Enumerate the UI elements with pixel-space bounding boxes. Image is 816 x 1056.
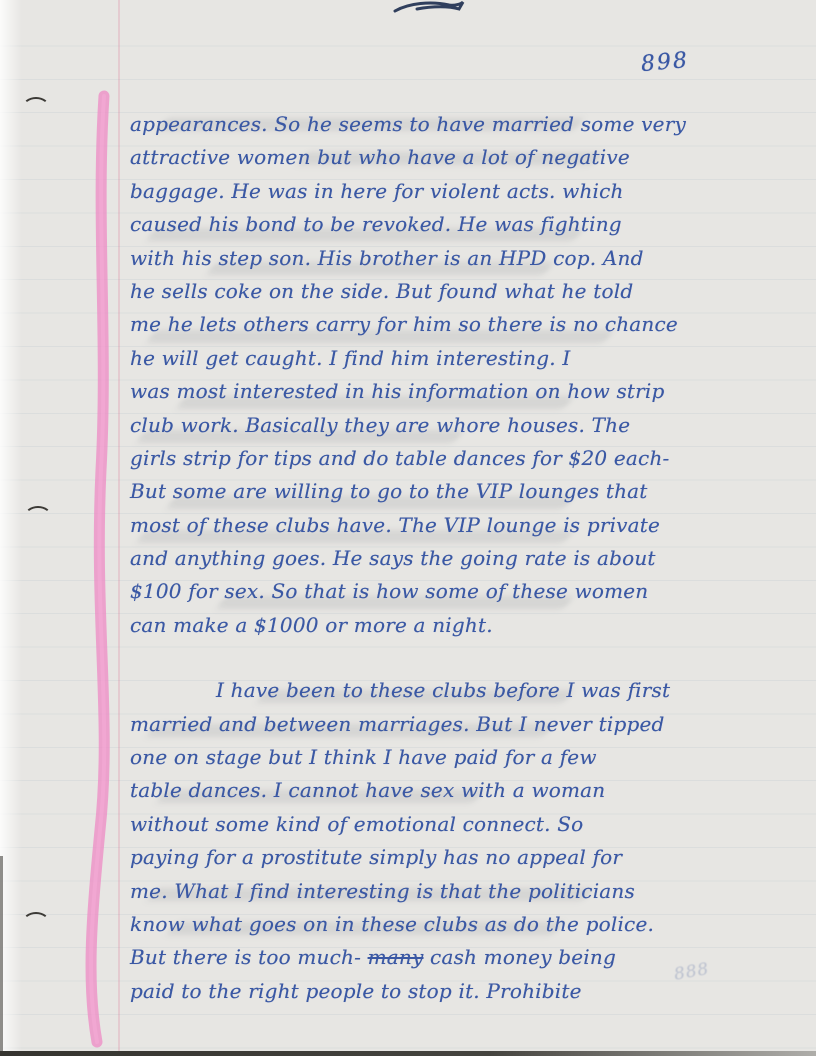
handwritten-line: he will get caught. I find him interesti… — [130, 346, 730, 379]
handwritten-line: baggage. He was in here for violent acts… — [130, 179, 730, 212]
letter-body: appearances. So he seems to have married… — [130, 112, 730, 1012]
handwritten-line: with his step son. His brother is an HPD… — [130, 246, 730, 279]
strike-line-before: But there is too much- — [130, 945, 368, 969]
letter-paragraph-2: I have been to these clubs before I was … — [130, 678, 730, 1012]
handwritten-line: married and between marriages. But I nev… — [130, 712, 730, 745]
hole-punch-middle — [24, 506, 52, 528]
handwritten-line: $100 for sex. So that is how some of the… — [130, 579, 730, 612]
handwritten-line: paying for a prostitute simply has no ap… — [130, 845, 730, 878]
scan-edge-bottom — [0, 1051, 816, 1056]
strike-line-after: cash money being — [424, 945, 616, 969]
handwritten-line: me he lets others carry for him so there… — [130, 312, 730, 345]
handwritten-line: I have been to these clubs before I was … — [130, 678, 730, 711]
handwritten-line: he sells coke on the side. But found wha… — [130, 279, 730, 312]
handwritten-line: caused his bond to be revoked. He was fi… — [130, 212, 730, 245]
handwritten-line: paid to the right people to stop it. Pro… — [130, 979, 730, 1012]
handwritten-line-with-strikethrough: But there is too much- many cash money b… — [130, 945, 730, 978]
hole-punch-bottom — [22, 912, 50, 934]
scanned-letter-page: 898 appearances. So he seems to have mar… — [0, 0, 816, 1056]
pink-highlighter-stroke — [0, 0, 140, 1056]
handwritten-line: most of these clubs have. The VIP lounge… — [130, 513, 730, 546]
handwritten-line: know what goes on in these clubs as do t… — [130, 912, 730, 945]
scan-edge-bottom-left — [0, 856, 3, 1056]
handwritten-line: was most interested in his information o… — [130, 379, 730, 412]
page-number: 898 — [640, 48, 690, 77]
handwritten-line: table dances. I cannot have sex with a w… — [130, 778, 730, 811]
handwritten-line: without some kind of emotional connect. … — [130, 812, 730, 845]
handwritten-line: attractive women but who have a lot of n… — [130, 145, 730, 178]
handwritten-line: one on stage but I think I have paid for… — [130, 745, 730, 778]
hole-punch-top — [22, 97, 50, 119]
handwritten-line: and anything goes. He says the going rat… — [130, 546, 730, 579]
handwritten-line: can make a $1000 or more a night. — [130, 613, 730, 646]
struck-out-word: many — [368, 945, 424, 969]
handwritten-line: club work. Basically they are whore hous… — [130, 413, 730, 446]
letter-paragraph-1: appearances. So he seems to have married… — [130, 112, 730, 646]
ink-swoosh-mark — [393, 0, 465, 16]
handwritten-line: girls strip for tips and do table dances… — [130, 446, 730, 479]
handwritten-line: But some are willing to go to the VIP lo… — [130, 479, 730, 512]
handwritten-line: appearances. So he seems to have married… — [130, 112, 730, 145]
handwritten-line: me. What I find interesting is that the … — [130, 879, 730, 912]
letter-paragraph-2-lines: I have been to these clubs before I was … — [130, 678, 730, 945]
